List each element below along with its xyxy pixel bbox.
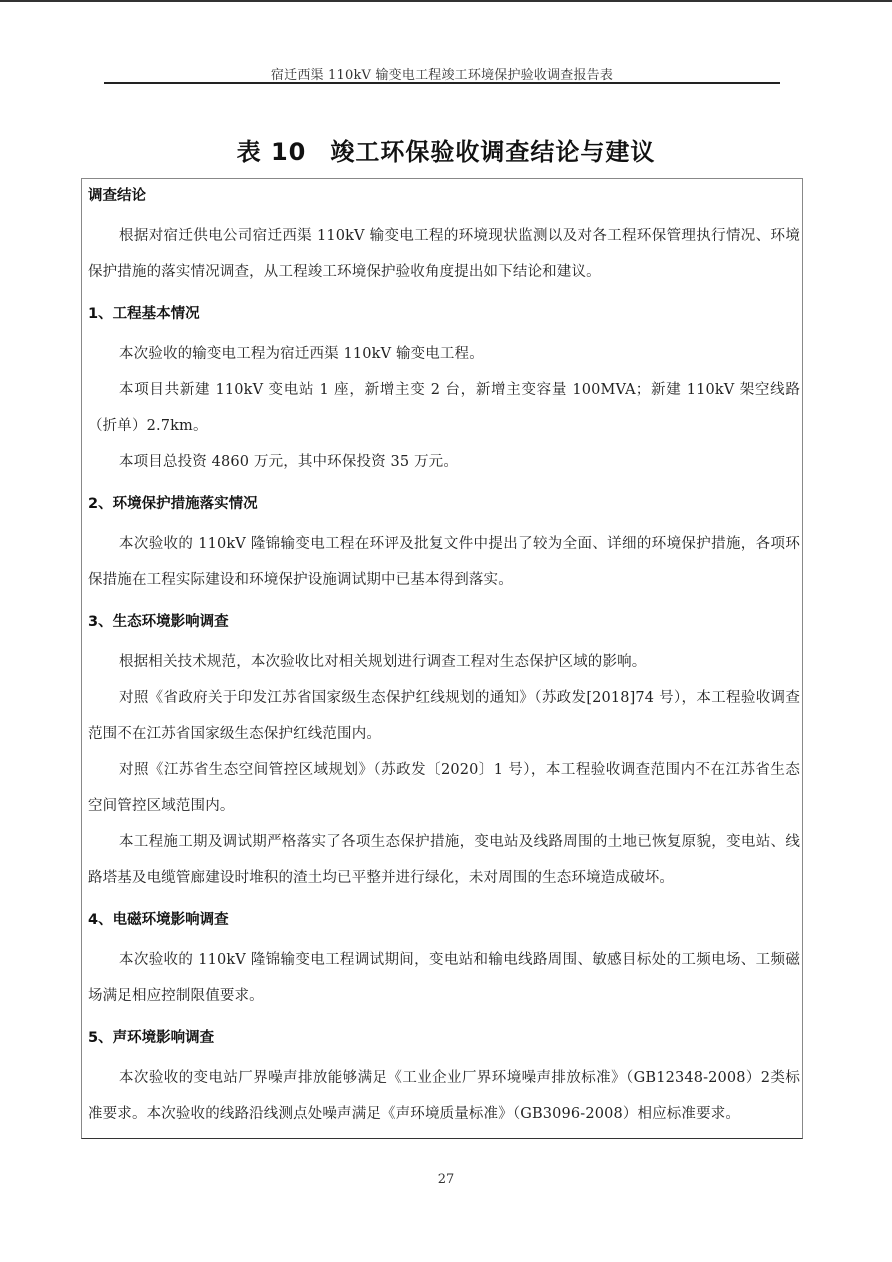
- section-ecological-impact: 3、生态环境影响调查 根据相关技术规范，本次验收比对相关规划进行调查工程对生态保…: [88, 610, 800, 896]
- running-header: 宿迁西渠 110kV 输变电工程竣工环境保护验收调查报告表: [104, 64, 780, 83]
- section-project-basics: 1、工程基本情况 本次验收的输变电工程为宿迁西渠 110kV 输变电工程。 本项…: [88, 302, 800, 480]
- page-title: 表 10竣工环保验收调查结论与建议: [0, 132, 892, 167]
- section-noise-impact: 5、声环境影响调查 本次验收的变电站厂界噪声排放能够满足《工业企业厂界环境噪声排…: [88, 1026, 800, 1132]
- section-paragraph: 根据相关技术规范，本次验收比对相关规划进行调查工程对生态保护区域的影响。: [88, 644, 800, 680]
- section-paragraph: 对照《江苏省生态空间管控区域规划》（苏政发〔2020〕1 号），本工程验收调查范…: [88, 752, 800, 824]
- table-title-text: 竣工环保验收调查结论与建议: [330, 138, 655, 166]
- section-paragraph: 本工程施工期及调试期严格落实了各项生态保护措施，变电站及线路周围的土地已恢复原貌…: [88, 824, 800, 896]
- section-paragraph: 本次验收的输变电工程为宿迁西渠 110kV 输变电工程。: [88, 336, 800, 372]
- page-number: 27: [0, 1172, 892, 1187]
- section-paragraph: 本项目总投资 4860 万元，其中环保投资 35 万元。: [88, 444, 800, 480]
- section-heading: 2、环境保护措施落实情况: [88, 492, 800, 516]
- section-protection-measures: 2、环境保护措施落实情况 本次验收的 110kV 隆锦输变电工程在环评及批复文件…: [88, 492, 800, 598]
- conclusion-heading: 调查结论: [88, 184, 800, 208]
- conclusion-intro: 根据对宿迁供电公司宿迁西渠 110kV 输变电工程的环境现状监测以及对各工程环保…: [88, 218, 800, 290]
- section-heading: 4、电磁环境影响调查: [88, 908, 800, 932]
- section-heading: 1、工程基本情况: [88, 302, 800, 326]
- conclusion-content: 调查结论 根据对宿迁供电公司宿迁西渠 110kV 输变电工程的环境现状监测以及对…: [88, 184, 800, 1132]
- section-paragraph: 本次验收的 110kV 隆锦输变电工程在环评及批复文件中提出了较为全面、详细的环…: [88, 526, 800, 598]
- section-electromagnetic-impact: 4、电磁环境影响调查 本次验收的 110kV 隆锦输变电工程调试期间，变电站和输…: [88, 908, 800, 1014]
- section-paragraph: 本次验收的 110kV 隆锦输变电工程调试期间，变电站和输电线路周围、敏感目标处…: [88, 942, 800, 1014]
- section-paragraph: 本次验收的变电站厂界噪声排放能够满足《工业企业厂界环境噪声排放标准》（GB123…: [88, 1060, 800, 1132]
- section-heading: 5、声环境影响调查: [88, 1026, 800, 1050]
- header-rule: [104, 82, 780, 84]
- section-heading: 3、生态环境影响调查: [88, 610, 800, 634]
- section-paragraph: 对照《省政府关于印发江苏省国家级生态保护红线规划的通知》（苏政发[2018]74…: [88, 680, 800, 752]
- top-border-rule: [0, 0, 892, 2]
- section-paragraph: 本项目共新建 110kV 变电站 1 座，新增主变 2 台，新增主变容量 100…: [88, 372, 800, 444]
- table-number: 表 10: [237, 138, 307, 166]
